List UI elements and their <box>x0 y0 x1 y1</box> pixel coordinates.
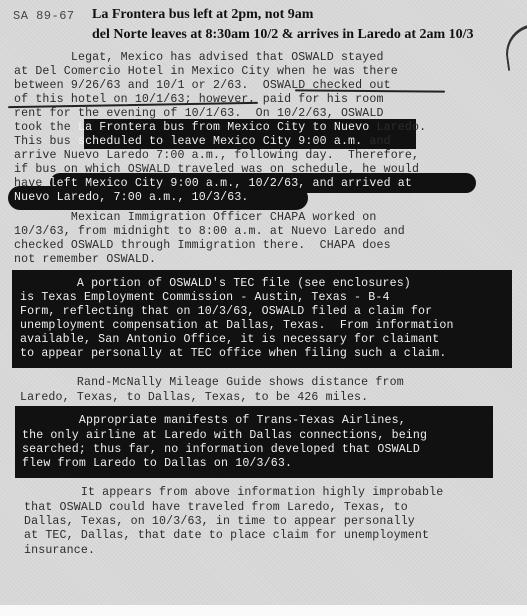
p3-line-6: to appear personally at TEC office when … <box>20 346 446 361</box>
p3-line-2: is Texas Employment Commission - Austin,… <box>20 290 390 305</box>
p1-line-10: have left Mexico City 9:00 a.m., 10/2/63… <box>14 176 412 191</box>
p5-line-3: searched; thus far, no information devel… <box>22 442 420 457</box>
p5-line-2: the only airline at Laredo with Dallas c… <box>22 428 427 443</box>
p5-line-4: flew from Laredo to Dallas on 10/3/63. <box>22 456 292 471</box>
p4-line-1: Rand-McNally Mileage Guide shows distanc… <box>20 375 404 390</box>
p1-line-1: Legat, Mexico has advised that OSWALD st… <box>14 50 384 65</box>
handwritten-note-1: La Frontera bus left at 2pm, not 9am <box>92 7 313 23</box>
p1-line-2: at Del Comercio Hotel in Mexico City whe… <box>14 64 398 79</box>
p5-line-1: Appropriate manifests of Trans-Texas Air… <box>22 413 406 428</box>
p6-line-4: at TEC, Dallas, that date to place claim… <box>24 528 429 543</box>
file-reference: SA 89-67 <box>13 9 75 23</box>
p6-line-1: It appears from above information highly… <box>24 485 443 500</box>
p2-line-3: checked OSWALD through Immigration there… <box>14 238 391 253</box>
handwritten-note-2: del Norte leaves at 8:30am 10/2 & arrive… <box>92 27 474 43</box>
p2-line-2: 10/3/63, from midnight to 8:00 a.m. at N… <box>14 224 405 239</box>
p6-line-5: insurance. <box>24 543 95 558</box>
p1-line-8: arrive Nuevo Laredo 7:00 a.m., following… <box>14 148 419 163</box>
p3-line-1: A portion of OSWALD's TEC file (see encl… <box>20 276 411 291</box>
p1-line-7: This bus scheduled to leave Mexico City … <box>14 134 391 149</box>
p3-line-5: available, San Antonio Office, it is nec… <box>20 332 439 347</box>
p3-line-4: unemployment compensation at Dallas, Tex… <box>20 318 454 333</box>
p6-line-3: Dallas, Texas, on 10/3/63, in time to ap… <box>24 514 415 529</box>
p6-line-2: that OSWALD could have traveled from Lar… <box>24 500 408 515</box>
p2-line-1: Mexican Immigration Officer CHAPA worked… <box>14 210 376 225</box>
p1-line-11: Nuevo Laredo, 7:00 a.m., 10/3/63. <box>14 190 249 205</box>
p1-line-6: took the La Frontera bus from Mexico Cit… <box>14 120 426 135</box>
p3-line-3: Form, reflecting that on 10/3/63, OSWALD… <box>20 304 432 319</box>
p2-line-4: not remember OSWALD. <box>14 252 156 267</box>
p4-line-2: Laredo, Texas, to Dallas, Texas, to be 4… <box>20 390 368 405</box>
page-bottom-margin <box>0 605 527 616</box>
